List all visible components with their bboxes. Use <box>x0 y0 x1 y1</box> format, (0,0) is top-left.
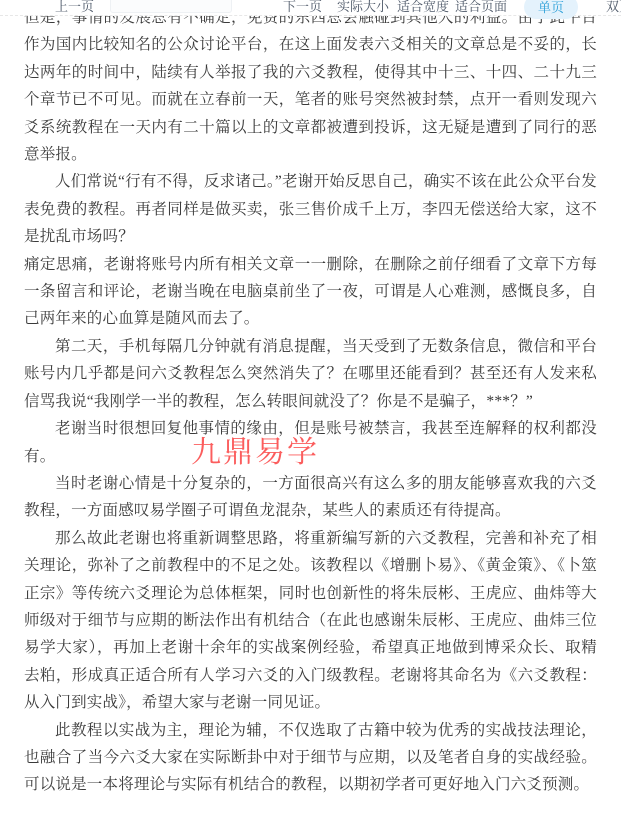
paragraph: 老谢当时很想回复他事情的缘由，但是账号被禁言，我甚至连解释的权利都没有。 <box>24 415 597 470</box>
paragraph: 那么故此老谢也将重新调整思路，将重新编写新的六爻教程，完善和补充了相关理论，弥补… <box>24 525 597 717</box>
page-number-input[interactable] <box>110 0 232 13</box>
document-page: 但是，事情的发展总有不确定，免费的东西总会触碰到其他人的利益。由于此平台作为国内… <box>0 0 621 828</box>
fit-width-button[interactable]: 适合宽度 <box>397 0 449 14</box>
single-page-mode-button[interactable]: 单页 <box>524 0 578 19</box>
paragraph: 此教程以实战为主，理论为辅，不仅选取了古籍中较为优秀的实战技法理论，也融合了当今… <box>24 717 597 799</box>
next-page-button[interactable]: 下一页 <box>283 0 322 14</box>
double-page-mode-button[interactable]: 双页 <box>606 0 621 14</box>
paragraph: 痛定思痛，老谢将账号内所有相关文章一一删除，在删除之前仔细看了文章下方每一条留言… <box>24 251 597 333</box>
paragraph: 人们常说“行有不得，反求诸己。”老谢开始反思自己，确实不该在此公众平台发表免费的… <box>24 168 597 250</box>
paragraph: 当时老谢心情是十分复杂的，一方面很高兴有这么多的朋友能够喜欢我的六爻教程，一方面… <box>24 470 597 525</box>
fit-page-button[interactable]: 适合页面 <box>455 0 507 14</box>
paragraph: 第二天，手机每隔几分钟就有消息提醒，当天受到了无数条信息，微信和平台账号内几乎都… <box>24 333 597 415</box>
paragraph-container: 但是，事情的发展总有不确定，免费的东西总会触碰到其他人的利益。由于此平台作为国内… <box>24 4 597 799</box>
viewer-toolbar: 上一页 下一页 实际大小 适合宽度 适合页面 单页 双页 <box>0 0 621 16</box>
paragraph: 但是，事情的发展总有不确定，免费的东西总会触碰到其他人的利益。由于此平台作为国内… <box>24 4 597 168</box>
actual-size-button[interactable]: 实际大小 <box>337 0 389 14</box>
previous-page-button[interactable]: 上一页 <box>55 0 94 14</box>
